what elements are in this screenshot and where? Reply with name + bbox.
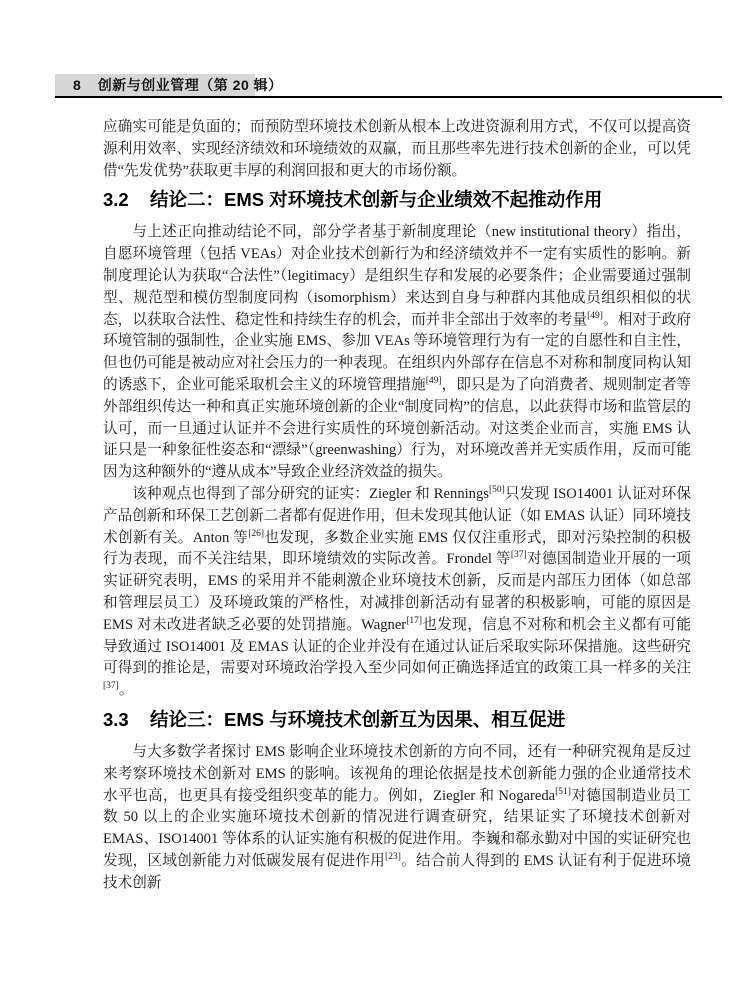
paragraph: 与上述正向推动结论不同，部分学者基于新制度理论（new institutiona… [103, 222, 691, 484]
running-title: 创新与创业管理（第 20 辑） [98, 75, 283, 95]
citation-ref: [17] [406, 616, 422, 626]
page-number: 8 [55, 77, 81, 93]
citation-ref: [23] [385, 852, 401, 862]
text-run: 该种观点也得到了部分研究的证实：Ziegler 和 Rennings [132, 486, 489, 502]
citation-ref: [49] [587, 311, 603, 321]
citation-ref: [49] [426, 376, 442, 386]
section-title: 结论二：EMS 对环境技术创新与企业绩效不起推动作用 [150, 189, 602, 210]
citation-ref: [37] [511, 550, 527, 560]
text-run: 。 [119, 682, 134, 698]
section-title: 结论三：EMS 与环境技术创新互为因果、相互促进 [150, 709, 565, 730]
page-content: 应确实可能是负面的；而预防型环境技术创新从根本上改进资源利用方式，不仅可以提高资… [103, 117, 691, 895]
header-rule [55, 96, 722, 98]
citation-ref: [50] [489, 485, 505, 495]
paragraph: 应确实可能是负面的；而预防型环境技术创新从根本上改进资源利用方式，不仅可以提高资… [103, 117, 691, 182]
section-number: 3.2 [103, 189, 129, 210]
citation-ref: [37] [103, 681, 119, 691]
section-heading: 3.3结论三：EMS 与环境技术创新互为因果、相互促进 [103, 707, 691, 733]
citation-ref: [26] [248, 529, 264, 539]
section-heading: 3.2结论二：EMS 对环境技术创新与企业绩效不起推动作用 [103, 187, 691, 213]
book-page: 8 创新与创业管理（第 20 辑） 应确实可能是负面的；而预防型环境技术创新从根… [0, 0, 729, 1005]
text-run: 应确实可能是负面的；而预防型环境技术创新从根本上改进资源利用方式，不仅可以提高资… [103, 119, 691, 179]
page-header: 8 创新与创业管理（第 20 辑） [55, 74, 255, 96]
section-number: 3.3 [103, 709, 129, 730]
paragraph: 与大多数学者探讨 EMS 影响企业环境技术创新的方向不同，还有一种研究视角是反过… [103, 742, 691, 895]
citation-ref: [51] [555, 787, 571, 797]
paragraph: 该种观点也得到了部分研究的证实：Ziegler 和 Rennings[50]只发… [103, 484, 691, 702]
